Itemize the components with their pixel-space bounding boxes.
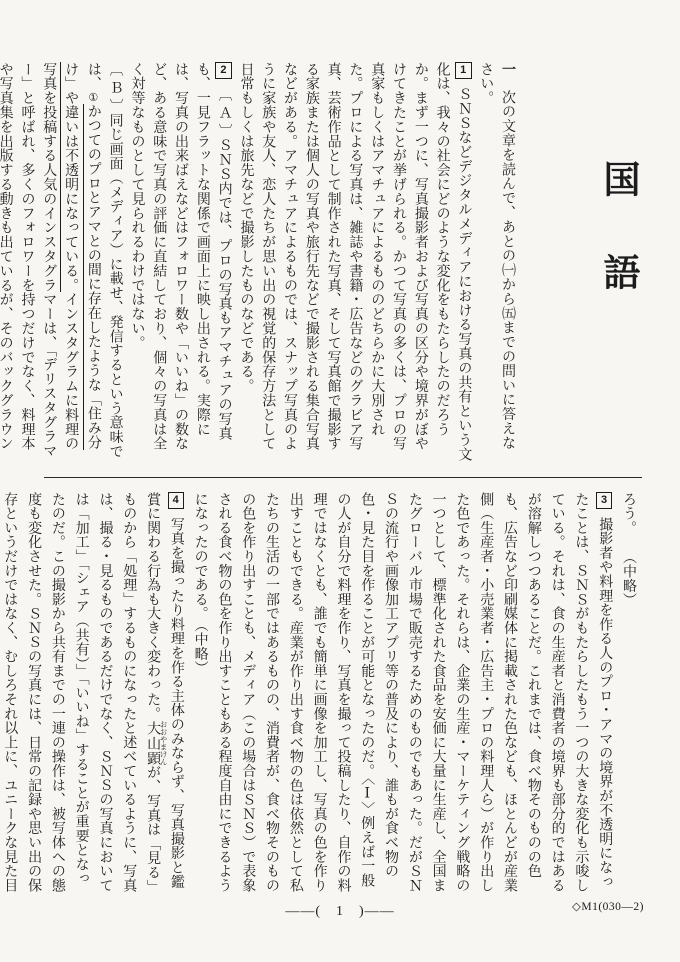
instruction-line: 一次の文章を読んで、あとの㈠から㈤までの問いに答えなさい。 — [474, 62, 518, 464]
paragraph-5-post-text: が、写真は「見る」ものから「処理」するものになったと述べているように、写真は、撮… — [2, 492, 160, 894]
paragraph-4: 3撮影者や料理を作る人のプロ・アマの境界が不透明になったことは、ＳＮＳがもたらし… — [188, 492, 616, 896]
question-section-marker: 一 — [500, 62, 515, 76]
passage-bottom-block: ろう。（中略） 3撮影者や料理を作る人のプロ・アマの境界が不透明になったことは、… — [0, 492, 640, 896]
omission-marker-2: （中略） — [193, 625, 208, 675]
paragraph-3-continuation: ろう。（中略） — [616, 492, 640, 896]
paragraph-3-cont-text: ろう。 — [621, 492, 636, 535]
paragraph-number-badge-2: 2 — [215, 62, 232, 79]
person-name-ruby: 大山顕おおやまけん — [145, 721, 160, 765]
passage-top-block: 一次の文章を読んで、あとの㈠から㈤までの問いに答えなさい。 1ＳＮＳなどデジタル… — [0, 62, 518, 464]
person-name-furigana: おおやまけん — [159, 720, 168, 765]
subject-title: 国語 — [590, 160, 644, 346]
omission-marker-1: （中略） — [621, 557, 636, 607]
paragraph-1-text: ＳＮＳなどデジタルメディアにおける写真の共有という文化は、我々の社会にどのような… — [238, 62, 471, 461]
paragraph-2-text: 〔 Ａ 〕ＳＮＳ内では、プロの写真もアマチュアの写真も、一見フラットな関係で画面… — [129, 62, 231, 451]
paragraph-1: 1ＳＮＳなどデジタルメディアにおける写真の共有という文化は、我々の社会にどのよう… — [235, 62, 475, 464]
annotation-mark-1: ① — [87, 91, 99, 104]
paragraph-2: 2〔 Ａ 〕ＳＮＳ内では、プロの写真もアマチュアの写真も、一見フラットな関係で画… — [126, 62, 235, 464]
paragraph-5: 4写真を撮ったり料理を作る主体のみならず、写真撮影と鑑賞に関わる行為も大きく変わ… — [0, 492, 188, 896]
paragraph-number-badge-4: 4 — [168, 492, 184, 509]
instruction-text: 次の文章を読んで、あとの㈠から㈤までの問いに答えなさい。 — [478, 62, 515, 450]
person-name: 大山顕 — [145, 720, 160, 765]
paragraph-number-badge-1: 1 — [455, 62, 472, 79]
exam-page: 国語 一次の文章を読んで、あとの㈠から㈤までの問いに答えなさい。 1ＳＮＳなどデ… — [0, 0, 680, 962]
paragraph-3: 〔 Ｂ 〕同じ画面（メディア）に載せ、発信するという意味では、①かつてのプロとア… — [0, 62, 126, 464]
paragraph-4-text: 撮影者や料理を作る人のプロ・アマの境界が不透明になったことは、ＳＮＳがもたらした… — [193, 492, 613, 892]
paragraph-number-badge-3: 3 — [596, 492, 612, 509]
document-code: ◇M1(030—2) — [572, 899, 644, 913]
block-divider-rule — [44, 477, 642, 478]
